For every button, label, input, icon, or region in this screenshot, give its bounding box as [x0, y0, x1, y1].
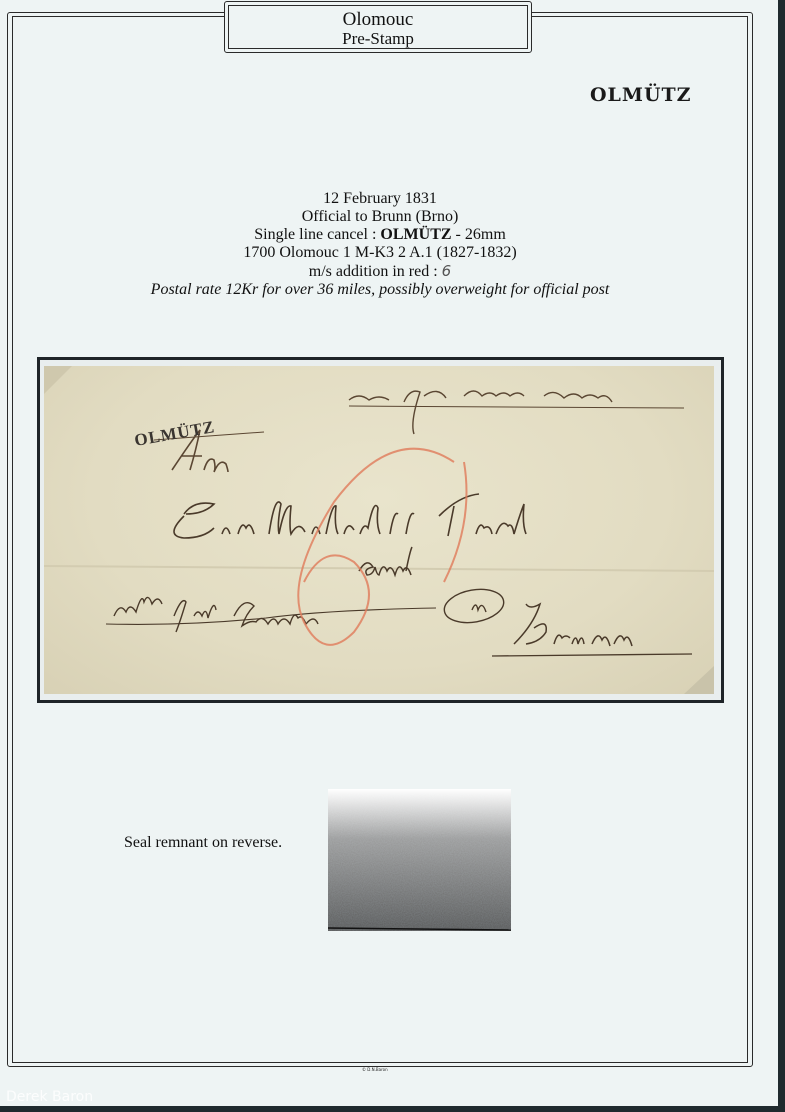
addition-value: 6	[442, 262, 452, 280]
album-page: Olomouc Pre-Stamp OLMÜTZ 12 February 183…	[0, 0, 778, 1106]
cover-route: Official to Brunn (Brno)	[60, 208, 700, 226]
manuscript-addition: m/s addition in red : 6	[60, 262, 700, 281]
cover-image: OLMÜTZ	[44, 366, 714, 694]
rate-note: Postal rate 12Kr for over 36 miles, poss…	[60, 281, 700, 299]
cancel-line: Single line cancel : OLMÜTZ - 26mm	[60, 226, 700, 244]
copyright-notice: © D.N.Baron	[362, 1067, 388, 1072]
catalogue-ref: 1700 Olomouc 1 M-K3 2 A.1 (1827-1832)	[60, 244, 700, 262]
seal-caption: Seal remnant on reverse.	[124, 834, 282, 852]
seal-texture-icon	[328, 789, 511, 931]
title-box: Olomouc Pre-Stamp	[224, 1, 532, 53]
seal-remnant-image	[328, 789, 511, 931]
cancel-name: OLMÜTZ	[380, 226, 451, 243]
page-subtitle: Pre-Stamp	[229, 30, 527, 48]
scan-edge-bottom	[0, 1106, 785, 1112]
manuscript-ink-icon	[44, 366, 714, 694]
scan-edge-right	[778, 0, 785, 1112]
cover-image-frame: OLMÜTZ	[37, 357, 724, 703]
page-title: Olomouc	[229, 10, 527, 30]
town-name: OLMÜTZ	[590, 84, 692, 106]
cover-date: 12 February 1831	[60, 190, 700, 208]
cover-description: 12 February 1831 Official to Brunn (Brno…	[60, 190, 700, 299]
watermark: Derek Baron	[6, 1089, 93, 1105]
